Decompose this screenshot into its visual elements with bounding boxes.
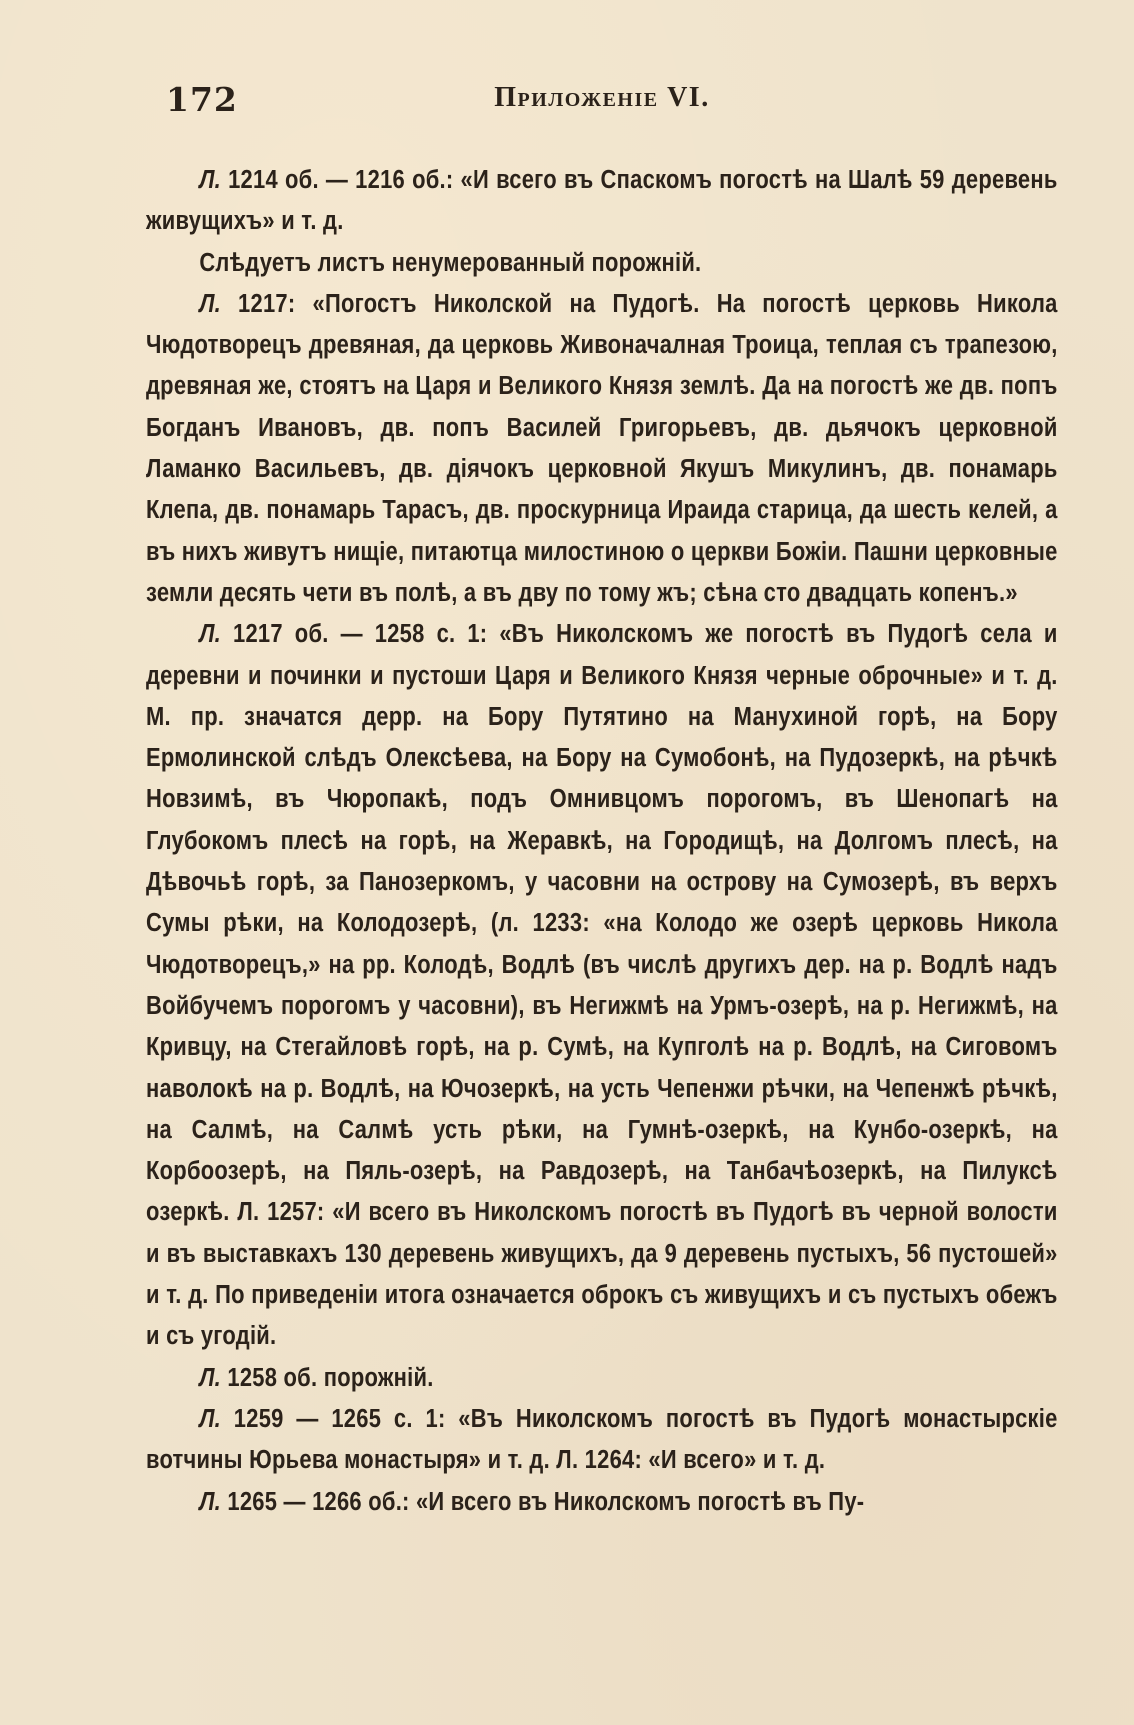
leaf-reference: Л.: [199, 1364, 221, 1392]
paragraph-text: 1258 об. порожній.: [227, 1364, 433, 1392]
paragraph: Л. 1214 об. — 1216 об.: «И всего въ Спас…: [146, 160, 1058, 243]
leaf-reference: Л.: [199, 1405, 221, 1433]
paragraph-text: 1217: «Погостъ Николской на Пудогѣ. На п…: [146, 290, 1058, 607]
running-title: Приложеніе VI.: [146, 82, 1058, 114]
paragraph: Слѣдуетъ листъ ненумерованный порожній.: [146, 243, 1058, 284]
paragraph-text: 1259 — 1265 с. 1: «Въ Николскомъ погостѣ…: [146, 1405, 1058, 1474]
paragraph-text: 1217 об. — 1258 с. 1: «Въ Николскомъ же …: [146, 620, 1058, 1350]
paragraph: Л. 1258 об. порожній.: [146, 1358, 1058, 1399]
paragraph-text: 1265 — 1266 об.: «И всего въ Николскомъ …: [227, 1488, 864, 1516]
book-page: 172 Приложеніе VI. Л. 1214 об. — 1216 об…: [146, 80, 1058, 1523]
paragraph: Л. 1265 — 1266 об.: «И всего въ Николско…: [146, 1482, 1058, 1523]
leaf-reference: Л.: [199, 166, 221, 194]
paragraph: Л. 1217: «Погостъ Николской на Пудогѣ. Н…: [146, 284, 1058, 614]
paragraph: Л. 1259 — 1265 с. 1: «Въ Николскомъ пого…: [146, 1399, 1058, 1482]
body-text: Л. 1214 об. — 1216 об.: «И всего въ Спас…: [146, 160, 1058, 1523]
paragraph-text: 1214 об. — 1216 об.: «И всего въ Спаском…: [146, 166, 1058, 235]
leaf-reference: Л.: [199, 290, 221, 318]
running-head: 172 Приложеніе VI.: [146, 80, 1058, 130]
leaf-reference: Л.: [199, 1488, 221, 1516]
paragraph: Л. 1217 об. — 1258 с. 1: «Въ Николскомъ …: [146, 614, 1058, 1357]
leaf-reference: Л.: [199, 620, 221, 648]
paragraph-text: Слѣдуетъ листъ ненумерованный порожній.: [199, 249, 701, 277]
